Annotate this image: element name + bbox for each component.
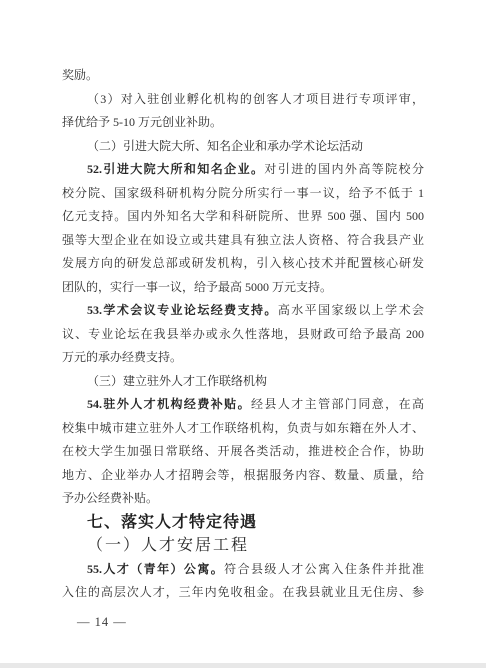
body-text-line: （3）对入驻创业孵化机构的创客人才项目进行专项评审， <box>62 88 424 112</box>
subsection-heading-1: （一）人才安居工程 <box>62 534 424 558</box>
body-text-line: 予办公经费补贴。 <box>62 487 424 511</box>
body-text-segment: 经县人才主管部门同意，在高 <box>251 397 424 411</box>
body-text-line: 奖励。 <box>62 64 424 88</box>
body-text-line: 强等大型企业在如设立或共建具有独立法人资格、符合我县产业 <box>62 229 424 253</box>
item-lead-54: 54.驻外人才机构经费补贴。 <box>87 397 251 411</box>
page-number: — 14 — <box>77 612 424 632</box>
item-lead-55: 55.人才（青年）公寓。 <box>87 562 224 576</box>
document-body: 奖励。 （3）对入驻创业孵化机构的创客人才项目进行专项评审， 择优给予 5-10… <box>0 0 486 632</box>
body-text-line: 54.驻外人才机构经费补贴。经县人才主管部门同意，在高 <box>62 393 424 417</box>
body-text-segment: 符合县级人才公寓入住条件并批准 <box>224 562 424 576</box>
body-text-line: 议、专业论坛在我县举办或永久性落地，县财政可给予最高 200 <box>62 323 424 347</box>
body-text-line: 校分院、国家级科研机构分院分所实行一事一议，给予不低于 1 <box>62 182 424 206</box>
body-text-segment: 对引进的国内外高等院校分 <box>264 162 424 176</box>
body-text-line: 53.学术会议专业论坛经费支持。高水平国家级以上学术会 <box>62 299 424 323</box>
body-text-line: 万元的承办经费支持。 <box>62 346 424 370</box>
subsection-heading-3: （三）建立驻外人才工作联络机构 <box>62 370 424 394</box>
subsection-heading-2: （二）引进大院大所、知名企业和承办学术论坛活动 <box>62 135 424 159</box>
body-text-line: 地方、企业举办人才招聘会等，根据服务内容、数量、质量，给 <box>62 464 424 488</box>
body-text-line: 校集中城市建立驻外人才工作联络机构，负责与如东籍在外人才、 <box>62 417 424 441</box>
body-text-line: 在校大学生加强日常联络、开展各类活动，推进校企合作，协助 <box>62 440 424 464</box>
body-text-line: 团队的，实行一事一议，给予最高 5000 万元支持。 <box>62 276 424 300</box>
body-text-segment: 高水平国家级以上学术会 <box>278 303 424 317</box>
body-text-line: 发展方向的研发总部或研发机构，引入核心技术并配置核心研发 <box>62 252 424 276</box>
body-text-line: 52.引进大院大所和知名企业。对引进的国内外高等院校分 <box>62 158 424 182</box>
body-text-line: 入住的高层次人才，三年内免收租金。在我县就业且无住房、参 <box>62 581 424 605</box>
body-text-line: 择优给予 5-10 万元创业补助。 <box>62 111 424 135</box>
section-heading-7: 七、落实人才特定待遇 <box>62 511 424 535</box>
item-lead-52: 52.引进大院大所和知名企业。 <box>87 162 264 176</box>
page-bottom-edge <box>0 663 486 668</box>
body-text-line: 亿元支持。国内外知名大学和科研院所、世界 500 强、国内 500 <box>62 205 424 229</box>
body-text-line: 55.人才（青年）公寓。符合县级人才公寓入住条件并批准 <box>62 558 424 582</box>
scanned-document: { "page": { "background": "#ffffff", "te… <box>0 0 486 668</box>
document-page: 奖励。 （3）对入驻创业孵化机构的创客人才项目进行专项评审， 择优给予 5-10… <box>0 0 486 668</box>
item-lead-53: 53.学术会议专业论坛经费支持。 <box>87 303 278 317</box>
